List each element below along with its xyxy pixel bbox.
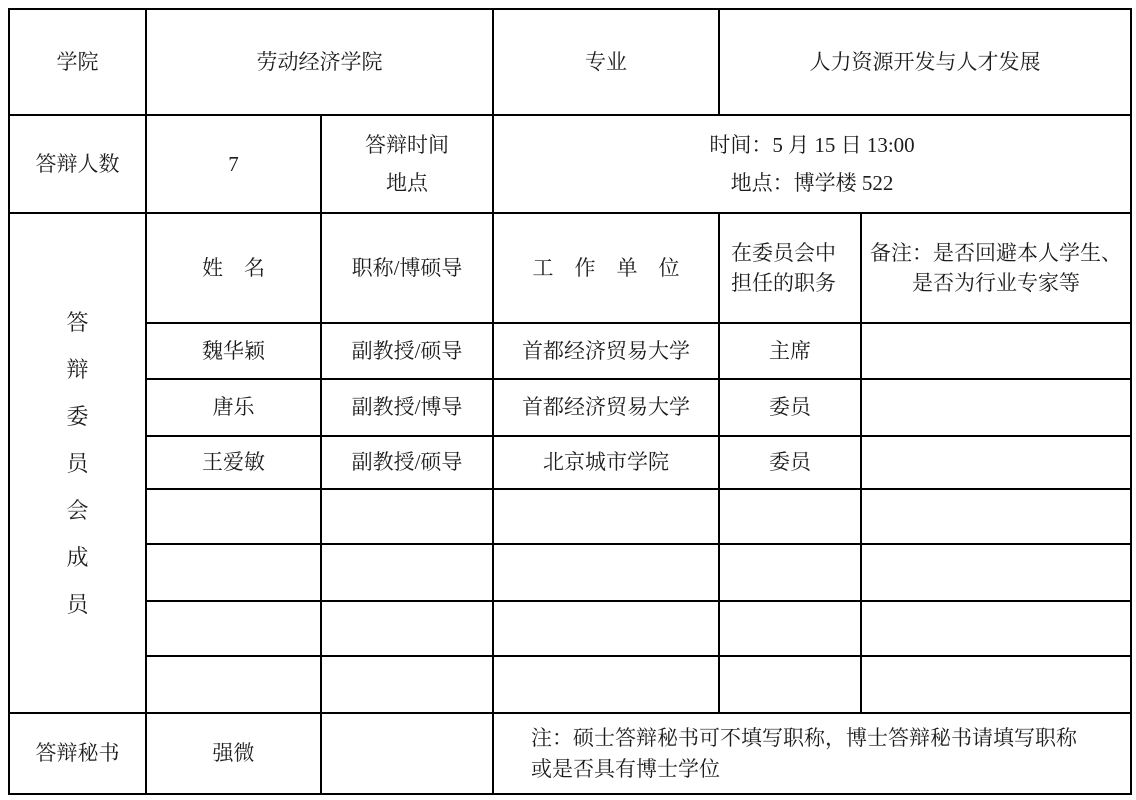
- member-name-cell: [146, 601, 321, 656]
- member-workplace-cell: 北京城市学院: [493, 436, 719, 489]
- member-role-cell: [719, 544, 861, 601]
- member-workplace-cell: [493, 489, 719, 544]
- college-label-cell: 学院: [9, 9, 146, 115]
- member-role-cell: [719, 489, 861, 544]
- defense-count-label-cell: 答辩人数: [9, 115, 146, 213]
- member-name-cell: [146, 656, 321, 713]
- secretary-note-cell: 注：硕士答辩秘书可不填写职称，博士答辩秘书请填写职称或是否具有博士学位: [493, 713, 1131, 794]
- defense-form-page: 学院 劳动经济学院 专业 人力资源开发与人才发展 答辩人数 7 答辩时间 地点 …: [0, 0, 1136, 800]
- row-committee-header: 答辩委员会成员 姓 名 职称/博硕导 工 作 单 位 在委员会中担任的职务 备注…: [9, 213, 1131, 323]
- secretary-name-cell: 强微: [146, 713, 321, 794]
- member-remark-cell: [861, 601, 1131, 656]
- defense-committee-form-table: 学院 劳动经济学院 专业 人力资源开发与人才发展 答辩人数 7 答辩时间 地点 …: [8, 8, 1132, 795]
- member-role-cell: [719, 601, 861, 656]
- header-workplace-cell: 工 作 单 位: [493, 213, 719, 323]
- header-title-cell: 职称/博硕导: [321, 213, 493, 323]
- committee-side-label: 答辩委员会成员: [65, 299, 91, 628]
- header-role-cell: 在委员会中担任的职务: [719, 213, 861, 323]
- header-role-text: 在委员会中担任的职务: [731, 238, 849, 299]
- member-title-cell: [321, 656, 493, 713]
- member-workplace-cell: [493, 656, 719, 713]
- member-title-cell: [321, 489, 493, 544]
- member-remark-cell: [861, 544, 1131, 601]
- secretary-note-text: 注：硕士答辩秘书可不填写职称，博士答辩秘书请填写职称或是否具有博士学位: [531, 723, 1093, 784]
- member-role-cell: [719, 656, 861, 713]
- member-name-cell: 王爱敏: [146, 436, 321, 489]
- member-role-cell: 委员: [719, 436, 861, 489]
- member-title-cell: 副教授/硕导: [321, 436, 493, 489]
- member-row-empty: [9, 656, 1131, 713]
- member-row-empty: [9, 489, 1131, 544]
- member-workplace-cell: [493, 601, 719, 656]
- member-title-cell: [321, 544, 493, 601]
- member-role-cell: 委员: [719, 379, 861, 436]
- member-name-cell: [146, 489, 321, 544]
- member-name-cell: 魏华颖: [146, 323, 321, 379]
- time-place-label-cell: 答辩时间 地点: [321, 115, 493, 213]
- member-role-cell: 主席: [719, 323, 861, 379]
- member-row: 魏华颖 副教授/硕导 首都经济贸易大学 主席: [9, 323, 1131, 379]
- header-name-cell: 姓 名: [146, 213, 321, 323]
- defense-count-value-cell: 7: [146, 115, 321, 213]
- place-line: 地点：博学楼 522: [498, 164, 1126, 202]
- row-secretary: 答辩秘书 强微 注：硕士答辩秘书可不填写职称，博士答辩秘书请填写职称或是否具有博…: [9, 713, 1131, 794]
- member-title-cell: 副教授/硕导: [321, 323, 493, 379]
- member-workplace-cell: [493, 544, 719, 601]
- time-place-value-cell: 时间：5 月 15 日 13:00 地点：博学楼 522: [493, 115, 1131, 213]
- member-workplace-cell: 首都经济贸易大学: [493, 379, 719, 436]
- time-place-label-line2: 地点: [326, 164, 488, 202]
- member-row: 王爱敏 副教授/硕导 北京城市学院 委员: [9, 436, 1131, 489]
- member-title-cell: 副教授/博导: [321, 379, 493, 436]
- member-row: 唐乐 副教授/博导 首都经济贸易大学 委员: [9, 379, 1131, 436]
- committee-side-label-cell: 答辩委员会成员: [9, 213, 146, 713]
- major-value-cell: 人力资源开发与人才发展: [719, 9, 1131, 115]
- row-college-major: 学院 劳动经济学院 专业 人力资源开发与人才发展: [9, 9, 1131, 115]
- member-remark-cell: [861, 656, 1131, 713]
- member-name-cell: 唐乐: [146, 379, 321, 436]
- time-place-label-line1: 答辩时间: [326, 126, 488, 164]
- member-name-cell: [146, 544, 321, 601]
- member-remark-cell: [861, 489, 1131, 544]
- member-remark-cell: [861, 436, 1131, 489]
- member-row-empty: [9, 601, 1131, 656]
- secretary-title-cell: [321, 713, 493, 794]
- secretary-label-cell: 答辩秘书: [9, 713, 146, 794]
- member-remark-cell: [861, 323, 1131, 379]
- college-value-cell: 劳动经济学院: [146, 9, 493, 115]
- member-remark-cell: [861, 379, 1131, 436]
- time-line: 时间：5 月 15 日 13:00: [498, 126, 1126, 164]
- member-title-cell: [321, 601, 493, 656]
- member-row-empty: [9, 544, 1131, 601]
- row-count-time: 答辩人数 7 答辩时间 地点 时间：5 月 15 日 13:00 地点：博学楼 …: [9, 115, 1131, 213]
- member-workplace-cell: 首都经济贸易大学: [493, 323, 719, 379]
- major-label-cell: 专业: [493, 9, 719, 115]
- header-remark-cell: 备注：是否回避本人学生、是否为行业专家等: [861, 213, 1131, 323]
